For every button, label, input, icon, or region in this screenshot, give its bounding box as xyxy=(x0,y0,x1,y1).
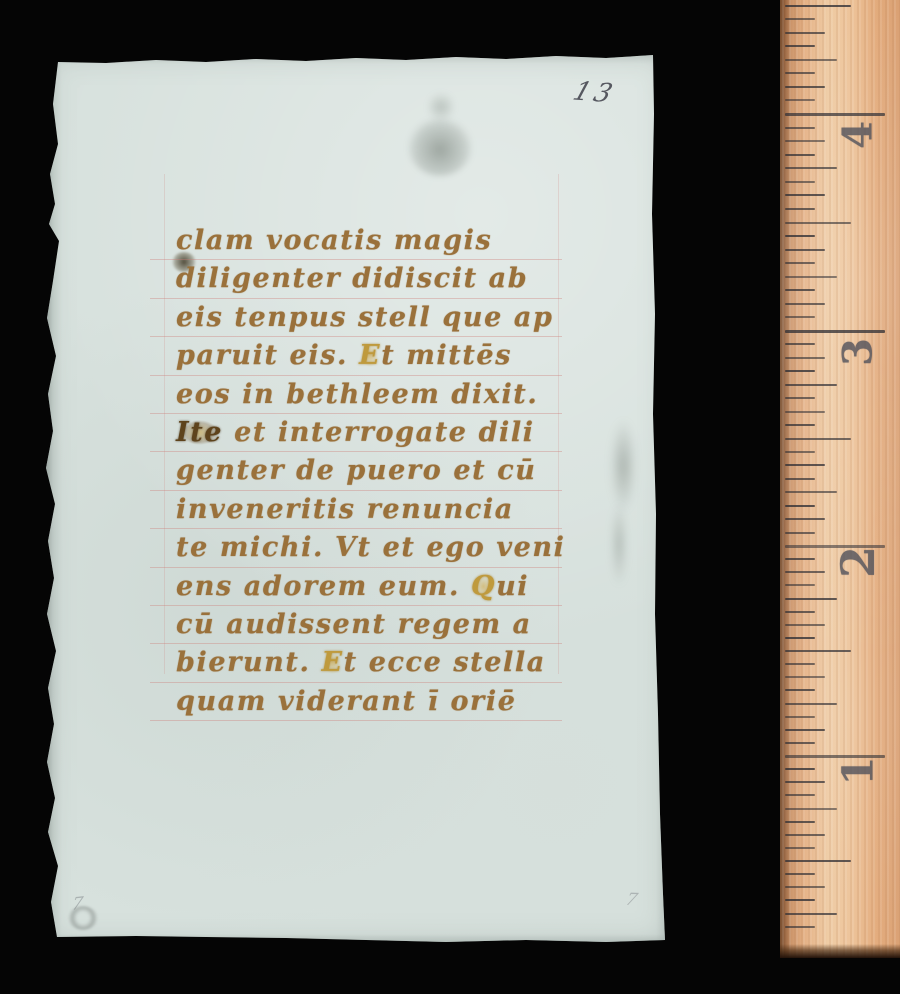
fraction-tick xyxy=(785,464,825,466)
illuminated-initial: E xyxy=(359,340,381,371)
fraction-tick xyxy=(785,167,837,169)
pencil-mark: 7 xyxy=(623,890,644,910)
fraction-tick xyxy=(785,59,837,61)
manuscript-leaf: clam vocatis magisdiligenter didiscit ab… xyxy=(46,54,668,944)
ruler-bottom-edge xyxy=(780,944,900,958)
fraction-tick xyxy=(785,45,815,47)
manuscript-text: ens adorem eum. xyxy=(176,571,471,602)
fraction-tick xyxy=(785,303,825,305)
fraction-tick xyxy=(785,571,825,573)
manuscript-text: clam vocatis magis xyxy=(176,225,492,256)
fraction-tick xyxy=(785,532,815,534)
fraction-tick xyxy=(785,611,815,613)
fraction-tick xyxy=(785,505,815,507)
manuscript-line: genter de puero et cū xyxy=(150,452,562,490)
fraction-tick xyxy=(785,140,825,142)
fraction-tick xyxy=(785,768,815,770)
fraction-tick xyxy=(785,99,815,101)
fraction-tick xyxy=(785,235,815,237)
fraction-tick xyxy=(785,729,825,731)
fraction-tick xyxy=(785,154,815,156)
fraction-tick xyxy=(785,598,837,600)
fraction-tick xyxy=(785,438,851,440)
illuminated-initial: Ite xyxy=(176,417,223,448)
photo-scene: clam vocatis magisdiligenter didiscit ab… xyxy=(0,0,900,994)
fraction-tick xyxy=(785,357,825,359)
fraction-tick xyxy=(785,781,825,783)
fraction-tick xyxy=(785,703,837,705)
water-stain xyxy=(598,414,644,544)
manuscript-text: quam viderant ī oriē xyxy=(176,686,517,717)
fraction-tick xyxy=(785,808,837,810)
illuminated-initial: E xyxy=(321,647,343,678)
fraction-tick xyxy=(785,181,815,183)
fraction-tick xyxy=(785,821,815,823)
ruler-number: 3 xyxy=(835,338,882,366)
manuscript-line: clam vocatis magis xyxy=(150,222,562,260)
fraction-tick xyxy=(785,5,851,7)
manuscript-text: t ecce stella xyxy=(344,647,546,678)
fraction-tick xyxy=(785,491,837,493)
fraction-tick xyxy=(785,276,837,278)
fraction-tick xyxy=(785,860,851,862)
fraction-tick xyxy=(785,222,851,224)
ink-stain xyxy=(428,90,454,124)
manuscript-line: cū audissent regem a xyxy=(150,606,562,644)
fraction-tick xyxy=(785,451,815,453)
fraction-tick xyxy=(785,899,815,901)
text-block: clam vocatis magisdiligenter didiscit ab… xyxy=(150,222,562,721)
fraction-tick xyxy=(785,926,815,928)
manuscript-text: eis tenpus stell que ap xyxy=(176,302,553,333)
fraction-tick xyxy=(785,343,815,345)
fraction-tick xyxy=(785,637,815,639)
manuscript-text: cū audissent regem a xyxy=(176,609,532,640)
fraction-tick xyxy=(785,834,825,836)
ruler-number: 2 xyxy=(831,546,885,578)
fraction-tick xyxy=(785,913,837,915)
manuscript-line: inveneritis renuncia xyxy=(150,491,562,529)
fraction-tick xyxy=(785,847,815,849)
manuscript-line: quam viderant ī oriē xyxy=(150,683,562,721)
fraction-tick xyxy=(785,624,825,626)
fraction-tick xyxy=(785,886,825,888)
manuscript-line: paruit eis. Et mittēs xyxy=(150,337,562,375)
manuscript-text: diligenter didiscit ab xyxy=(176,263,528,294)
fraction-tick xyxy=(785,742,815,744)
manuscript-text: inveneritis renuncia xyxy=(176,494,514,525)
fraction-tick xyxy=(785,316,815,318)
illuminated-initial: Q xyxy=(471,571,496,602)
fraction-tick xyxy=(785,370,815,372)
fraction-tick xyxy=(785,558,815,560)
fraction-tick xyxy=(785,32,825,34)
manuscript-line: diligenter didiscit ab xyxy=(150,260,562,298)
fraction-tick xyxy=(785,478,815,480)
manuscript-text: genter de puero et cū xyxy=(176,455,536,486)
fraction-tick xyxy=(785,650,851,652)
fraction-tick xyxy=(785,584,815,586)
manuscript-line: ens adorem eum. Qui xyxy=(150,568,562,606)
ruler: 4321 xyxy=(780,0,900,958)
fraction-tick xyxy=(785,194,825,196)
manuscript-text: ui xyxy=(496,571,529,602)
fraction-tick xyxy=(785,18,815,20)
pencil-mark: 7 xyxy=(71,893,89,915)
fraction-tick xyxy=(785,411,825,413)
manuscript-line: Ite et interrogate dili xyxy=(150,414,562,452)
ruler-number: 4 xyxy=(835,121,882,149)
manuscript-text: t mittēs xyxy=(381,340,512,371)
fraction-tick xyxy=(785,384,837,386)
fraction-tick xyxy=(785,794,815,796)
fraction-tick xyxy=(785,249,825,251)
manuscript-line: eos in bethleem dixit. xyxy=(150,376,562,414)
manuscript-line: bierunt. Et ecce stella xyxy=(150,644,562,682)
fraction-tick xyxy=(785,72,815,74)
fraction-tick xyxy=(785,262,815,264)
fraction-tick xyxy=(785,663,815,665)
fraction-tick xyxy=(785,689,815,691)
fraction-tick xyxy=(785,289,815,291)
fraction-tick xyxy=(785,873,815,875)
ruler-number: 1 xyxy=(834,756,883,785)
manuscript-text: paruit eis. xyxy=(176,340,359,371)
fraction-tick xyxy=(785,518,825,520)
manuscript-line: eis tenpus stell que ap xyxy=(150,299,562,337)
manuscript-text: bierunt. xyxy=(176,647,321,678)
fraction-tick xyxy=(785,397,815,399)
pencil-mark: 13 xyxy=(569,77,620,109)
inch-tick xyxy=(785,330,885,333)
fraction-tick xyxy=(785,86,825,88)
manuscript-text: te michi. Vt et ego veni xyxy=(176,532,566,563)
manuscript-text: et interrogate dili xyxy=(223,417,535,448)
fraction-tick xyxy=(785,424,815,426)
fraction-tick xyxy=(785,127,815,129)
inch-tick xyxy=(785,113,885,116)
fraction-tick xyxy=(785,716,815,718)
fraction-tick xyxy=(785,208,815,210)
water-stain xyxy=(606,484,632,604)
fraction-tick xyxy=(785,676,825,678)
manuscript-text: eos in bethleem dixit. xyxy=(176,379,538,410)
ink-stain xyxy=(408,118,472,176)
manuscript-line: te michi. Vt et ego veni xyxy=(150,529,562,567)
